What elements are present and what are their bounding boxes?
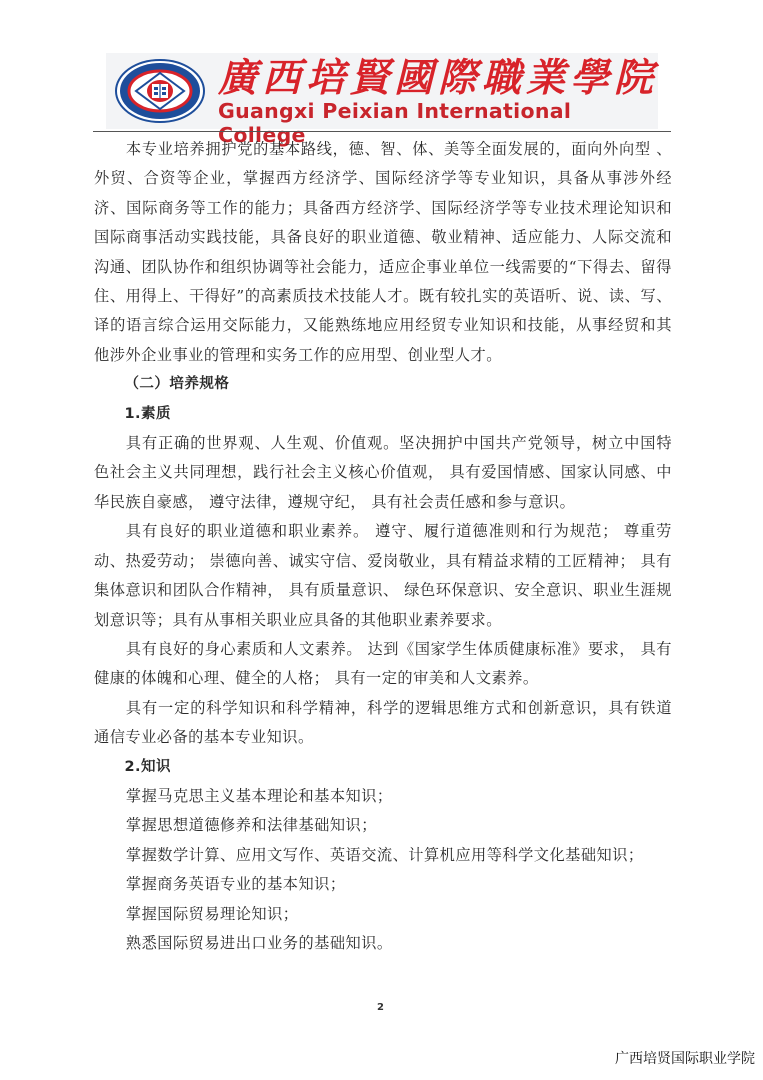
college-emblem-icon: [114, 58, 206, 124]
section-heading: （二）培养规格: [94, 370, 672, 399]
quality-heading: 1.素质: [94, 400, 672, 429]
header-banner: 廣西培賢國際職業學院 Guangxi Peixian International…: [106, 53, 658, 129]
knowledge-item: 掌握马克思主义基本理论和基本知识；: [94, 782, 672, 811]
knowledge-heading: 2.知识: [94, 753, 672, 782]
knowledge-item: 掌握国际贸易理论知识；: [94, 900, 672, 929]
knowledge-item: 掌握思想道德修养和法律基础知识；: [94, 811, 672, 840]
document-body: 本专业培养拥护党的基本路线，德、智、体、美等全面发展的，面向外向型 、外贸、合资…: [94, 135, 672, 958]
footer-brand: 广西培贤国际职业学院: [615, 1048, 755, 1068]
knowledge-item: 掌握数学计算、应用文写作、英语交流、计算机应用等科学文化基础知识；: [94, 841, 672, 870]
header-divider: [93, 131, 671, 132]
quality-paragraph: 具有正确的世界观、人生观、价值观。坚决拥护中国共产党领导，树立中国特色社会主义共…: [94, 429, 672, 517]
quality-paragraph: 具有良好的职业道德和职业素养。 遵守、履行道德准则和行为规范； 尊重劳动、热爱劳…: [94, 517, 672, 635]
knowledge-item: 掌握商务英语专业的基本知识；: [94, 870, 672, 899]
page-number: 2: [377, 1002, 384, 1013]
college-name-chinese: 廣西培賢國際職業學院: [218, 55, 658, 101]
intro-paragraph: 本专业培养拥护党的基本路线，德、智、体、美等全面发展的，面向外向型 、外贸、合资…: [94, 135, 672, 370]
quality-paragraph: 具有良好的身心素质和人文素养。 达到《国家学生体质健康标准》要求， 具有健康的体…: [94, 635, 672, 694]
quality-paragraph: 具有一定的科学知识和科学精神，科学的逻辑思维方式和创新意识，具有铁道通信专业必备…: [94, 694, 672, 753]
knowledge-item: 熟悉国际贸易进出口业务的基础知识。: [94, 929, 672, 958]
